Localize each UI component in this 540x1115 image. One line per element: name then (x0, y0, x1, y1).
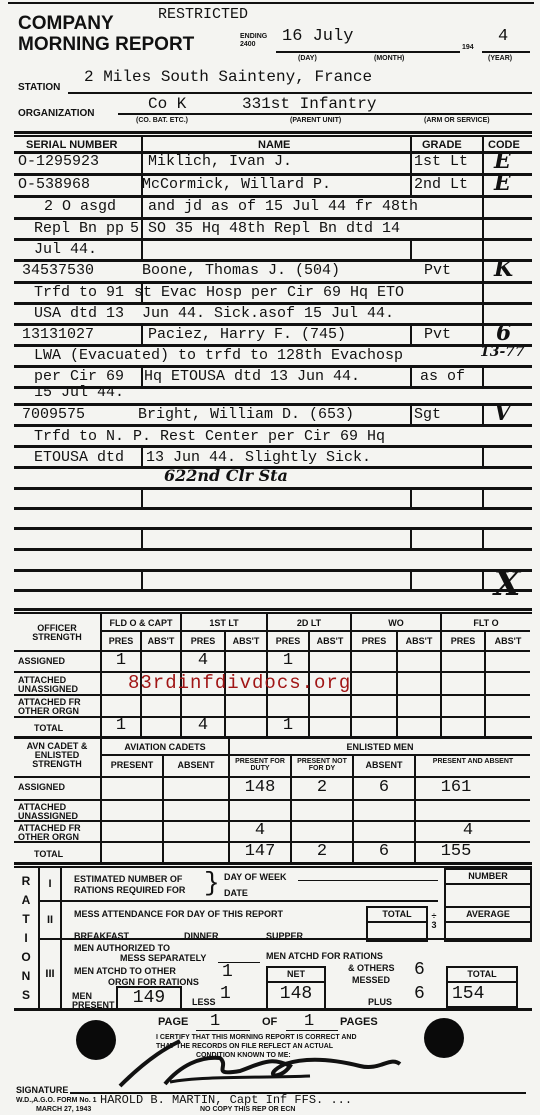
sub-year: (YEAR) (488, 55, 512, 62)
rule (14, 507, 532, 510)
row13-name: Bright, William D. (653) (138, 406, 354, 423)
ending-label: ENDING 2400 (240, 33, 274, 49)
vrule (410, 527, 412, 548)
rule (14, 608, 532, 611)
row9-serial: 13131027 (22, 326, 94, 343)
form-title-line1: COMPANY (18, 14, 114, 34)
rule (14, 487, 532, 490)
sub-day: (DAY) (298, 55, 317, 62)
col-serial-number: SERIAL NUMBER (26, 139, 117, 151)
watermark: 83rdinfdivdocs.org (128, 672, 351, 694)
divide-by-3: ÷ 3 (428, 912, 440, 930)
row-assigned-label: ASSIGNED (18, 657, 65, 666)
men-present-value: 149 (118, 988, 180, 1008)
net-label: NET (268, 968, 324, 983)
rule (196, 1030, 250, 1031)
year-underline (482, 51, 530, 53)
report-year: 4 (498, 27, 508, 46)
enl-row-attached-fr-other-label: ATTACHED FR OTHER ORGN (18, 824, 98, 842)
auth-sep-label-2: MESS SEPARATELY (120, 954, 206, 963)
subcol-abst: ABS'T (226, 637, 266, 646)
section-i: I (40, 880, 60, 889)
signature-scrawl (110, 1036, 410, 1092)
col-enlisted-absent: ABSENT (354, 761, 414, 770)
plus-label: PLUS (368, 998, 392, 1007)
organization-unit: Co K (148, 95, 186, 113)
side-letter: S (18, 986, 34, 1005)
auth-sep-label-1: MEN AUTHORIZED TO (74, 944, 170, 953)
row6-name: Boone, Thomas J. (504) (142, 262, 340, 279)
col-cadet-absent: ABSENT (164, 761, 228, 770)
rule (14, 736, 532, 739)
row1-grade: 1st Lt (414, 153, 468, 170)
enl-assigned-absent: 6 (354, 778, 414, 797)
rule (14, 424, 532, 427)
enlisted-strength-title: AVN CADET & ENLISTED STRENGTH (18, 742, 96, 769)
side-letter: R (18, 872, 34, 891)
vrule (482, 487, 484, 507)
enl-attached-other-pres-abs: 4 (416, 821, 520, 840)
vrule (410, 487, 412, 507)
rule (38, 900, 438, 902)
roster-top-rule (14, 131, 532, 134)
rule (14, 548, 532, 551)
number-box: NUMBER (444, 868, 532, 908)
group-aviation-cadets: AVIATION CADETS (102, 743, 228, 752)
vrule (482, 569, 484, 589)
top-border (8, 2, 534, 4)
rule (14, 365, 532, 368)
row2-serial: O-538968 (18, 176, 90, 193)
row6-grade: Pvt (424, 262, 451, 279)
row4-name: 5 SO 35 Hq 48th Repl Bn dtd 14 (130, 220, 400, 237)
rule (14, 217, 532, 220)
breakfast-label: BREAKFAST (74, 932, 129, 941)
form-title-line2: MORNING REPORT (18, 35, 194, 55)
rations-side-label: R A T I O N S (18, 872, 34, 1005)
page-number: 1 (210, 1012, 220, 1031)
rule (14, 799, 530, 801)
vrule (482, 323, 484, 344)
col-cadet-present: PRESENT (102, 761, 162, 770)
group-enlisted-men: ENLISTED MEN (230, 743, 530, 752)
row5-serial: Jul 44. (34, 241, 97, 258)
vrule (484, 631, 486, 736)
vrule (482, 259, 484, 323)
sub-arm: (ARM OR SERVICE) (424, 117, 490, 124)
vrule (141, 527, 143, 548)
subcol-pres: PRES (352, 637, 396, 646)
row13-serial: 7009575 (22, 406, 85, 423)
row7-name: st Evac Hosp per Cir 69 Hq ETO (134, 284, 404, 301)
vrule (141, 487, 143, 507)
organization-underline (118, 113, 532, 115)
vrule (141, 195, 143, 259)
row9-grade: Pvt (424, 326, 451, 343)
col-name: NAME (258, 139, 290, 151)
vrule (410, 403, 412, 424)
vrule (396, 631, 398, 736)
rule (14, 344, 532, 347)
net-value: 148 (268, 983, 324, 1005)
rule (14, 589, 532, 592)
sub-co: (CO. BAT. ETC.) (136, 117, 188, 124)
subcol-pres: PRES (102, 637, 140, 646)
row7-serial: Trfd to 91 (34, 284, 124, 301)
rule (14, 238, 532, 241)
side-letter: A (18, 891, 34, 910)
final-total-value: 154 (448, 983, 516, 1005)
rule (14, 259, 532, 262)
enl-row-total-label: TOTAL (34, 850, 63, 859)
supper-label: SUPPER (266, 932, 303, 941)
vrule (162, 755, 164, 863)
final-total-box: TOTAL 154 (446, 966, 518, 1008)
subcol-abst: ABS'T (142, 637, 180, 646)
vrule (482, 137, 484, 259)
vrule (482, 365, 484, 386)
brace: } (204, 868, 220, 898)
others-value: 6 (414, 960, 425, 980)
average-box: AVERAGE (444, 906, 532, 942)
sub-parent: (PARENT UNIT) (290, 117, 341, 124)
station-label: STATION (18, 82, 60, 93)
classification-stamp: RESTRICTED (158, 6, 248, 23)
pages-total: 1 (304, 1012, 314, 1031)
group-1st-lt: 1ST LT (182, 619, 266, 628)
enl-total-pnfd: 2 (292, 842, 352, 861)
mess-attendance-label: MESS ATTENDANCE FOR DAY OF THIS REPORT (74, 910, 283, 919)
section-iii: III (40, 970, 60, 979)
subcol-pres: PRES (442, 637, 484, 646)
enl-total-absent: 6 (354, 842, 414, 861)
row11-serial: per Cir 69 (34, 368, 124, 385)
section-ii: II (40, 916, 60, 925)
total-label: TOTAL (368, 908, 426, 923)
col-present-for-duty: PRESENT FOR DUTY (230, 758, 290, 772)
row10-text: LWA (Evacuated) to trfd to 128th Evachos… (34, 347, 403, 364)
date-underline (276, 51, 460, 53)
vrule (410, 569, 412, 589)
side-letter: N (18, 967, 34, 986)
row11-grade: as of (420, 368, 465, 385)
group-2d-lt: 2D LT (268, 619, 350, 628)
atchd-for-rations-label: MEN ATCHD FOR RATIONS (266, 952, 383, 961)
vrule (482, 403, 484, 424)
rule (298, 880, 438, 881)
enl-total-pres-abs: 155 (416, 842, 496, 861)
less-value: 1 (220, 984, 231, 1004)
side-letter: T (18, 910, 34, 929)
of-label: OF (262, 1018, 277, 1027)
col-grade: GRADE (422, 139, 462, 151)
rule (100, 754, 530, 756)
rule (100, 630, 530, 632)
men-present-label: MEN PRESENT (72, 992, 112, 1010)
off-assigned-1lt-pres: 4 (182, 651, 224, 670)
vrule (482, 445, 484, 466)
rule (14, 569, 532, 572)
row2-grade: 2nd Lt (414, 176, 468, 193)
vrule (141, 281, 143, 302)
row11-name: Hq ETOUSA dtd 13 Jun 44. (144, 368, 360, 385)
punch-hole-right (424, 1018, 464, 1058)
row1-name: Miklich, Ivan J. (148, 153, 292, 170)
date-label: DATE (224, 889, 248, 898)
subcol-abst: ABS'T (486, 637, 530, 646)
row4-serial: Repl Bn pp (34, 220, 124, 237)
rule (286, 1030, 338, 1031)
enl-assigned-pfd: 148 (230, 778, 290, 797)
number-label: NUMBER (446, 870, 530, 885)
dinner-label: DINNER (184, 932, 219, 941)
est-rations-label-2: RATIONS REQUIRED FOR (74, 886, 185, 895)
organization-label: ORGANIZATION (18, 108, 94, 119)
atchd-other-value: 1 (222, 962, 233, 982)
row14-text: Trfd to N. P. Rest Center per Cir 69 Hq (34, 428, 385, 445)
group-fld-o-capt: FLD O & CAPT (102, 619, 180, 628)
row15-serial: ETOUSA dtd (34, 449, 124, 466)
plus-value: 6 (414, 984, 425, 1004)
form-date: MARCH 27, 1943 (36, 1106, 91, 1113)
row8-name: Jun 44. Sick.asof 15 Jul 44. (142, 305, 394, 322)
vrule (141, 445, 143, 466)
report-date: 16 July (282, 27, 353, 46)
vrule (410, 323, 412, 344)
rule (14, 281, 532, 284)
enl-row-attached-unassigned-label: ATTACHED UNASSIGNED (18, 803, 98, 821)
side-letter: O (18, 948, 34, 967)
col-present-not-for-duty: PRESENT NOT FOR DY (292, 758, 352, 772)
station-underline (68, 92, 532, 94)
group-wo: WO (352, 619, 440, 628)
row6-serial: 34537530 (22, 262, 94, 279)
atchd-other-label-1: MEN ATCHD TO OTHER (74, 967, 176, 976)
pages-label: PAGES (340, 1018, 378, 1027)
rule (14, 173, 532, 176)
rule (14, 466, 532, 469)
average-label: AVERAGE (446, 908, 530, 923)
vrule (410, 238, 412, 259)
subcol-abst: ABS'T (310, 637, 350, 646)
rule (14, 612, 532, 614)
rule (14, 403, 532, 406)
net-box: NET 148 (266, 966, 326, 1010)
vrule (141, 365, 143, 386)
subcol-pres: PRES (182, 637, 224, 646)
page-label: PAGE (158, 1018, 188, 1027)
group-flt-o: FLT O (442, 619, 530, 628)
footer-note: NO COPY THIS REP OR ECN (200, 1106, 295, 1113)
off-assigned-fld-pres: 1 (102, 651, 140, 670)
organization-parent: 331st Infantry (242, 95, 376, 113)
station-value: 2 Miles South Sainteny, France (84, 68, 372, 86)
row2-name: McCormick, Willard P. (142, 176, 331, 193)
signature-label: SIGNATURE (16, 1086, 68, 1095)
roster-top-rule-2 (14, 135, 532, 137)
row9-name: Paciez, Harry F. (745) (148, 326, 346, 343)
enl-attached-other-pfd: 4 (230, 821, 290, 840)
subcol-pres: PRES (268, 637, 308, 646)
off-total-1lt-pres: 4 (182, 716, 224, 735)
row3-name: and jd as of 15 Jul 44 fr 48th (148, 198, 418, 215)
vrule (410, 137, 412, 195)
vrule (141, 137, 143, 195)
col-present-and-absent: PRESENT AND ABSENT (416, 758, 530, 765)
est-rations-label-1: ESTIMATED NUMBER OF (74, 875, 182, 884)
others-label-2: MESSED (352, 976, 390, 985)
side-letter: I (18, 929, 34, 948)
off-assigned-2lt-pres: 1 (268, 651, 308, 670)
row15-name: 13 Jun 44. Slightly Sick. (146, 449, 371, 466)
row-attached-fr-other-label: ATTACHED FR OTHER ORGN (18, 698, 98, 716)
signer-name: HAROLD B. MARTIN, Capt Inf FFS. ... (100, 1093, 352, 1107)
row3-serial: 2 O asgd (44, 198, 116, 215)
vrule (482, 527, 484, 548)
day-of-week-label: DAY OF WEEK (224, 873, 287, 882)
row1-serial: O-1295923 (18, 153, 99, 170)
vrule (141, 569, 143, 589)
final-total-label: TOTAL (448, 968, 516, 983)
rule (14, 694, 530, 696)
rule (14, 323, 532, 326)
year-prefix: 194 (462, 44, 474, 51)
off-total-fld-pres: 1 (102, 716, 140, 735)
men-present-box: 149 (116, 986, 182, 1010)
subcol-abst: ABS'T (398, 637, 440, 646)
rule (14, 302, 532, 305)
sub-month: (MONTH) (374, 55, 404, 62)
form-id: W.D.,A.G.O. FORM No. 1 (16, 1097, 97, 1104)
enl-assigned-pres-abs: 161 (416, 778, 496, 797)
off-total-2lt-pres: 1 (268, 716, 308, 735)
officer-strength-title: OFFICER STRENGTH (18, 624, 96, 642)
rule (14, 195, 532, 198)
rule (14, 386, 532, 389)
row-attached-unassigned-label: ATTACHED UNASSIGNED (18, 676, 98, 694)
row-total-label: TOTAL (34, 724, 63, 733)
total-box: TOTAL (366, 906, 428, 942)
row8-serial: USA dtd 13 (34, 305, 124, 322)
vrule (100, 739, 102, 863)
rule (14, 527, 532, 530)
rule (14, 445, 532, 448)
enl-assigned-pnfd: 2 (292, 778, 352, 797)
rule (14, 862, 532, 865)
enl-row-assigned-label: ASSIGNED (18, 783, 65, 792)
others-label-1: & OTHERS (348, 964, 395, 973)
rule (14, 151, 532, 154)
vrule (141, 323, 143, 344)
vrule (410, 365, 412, 386)
less-label: LESS (192, 998, 216, 1007)
row13-grade: Sgt (414, 406, 441, 423)
enl-total-pfd: 147 (230, 842, 290, 861)
